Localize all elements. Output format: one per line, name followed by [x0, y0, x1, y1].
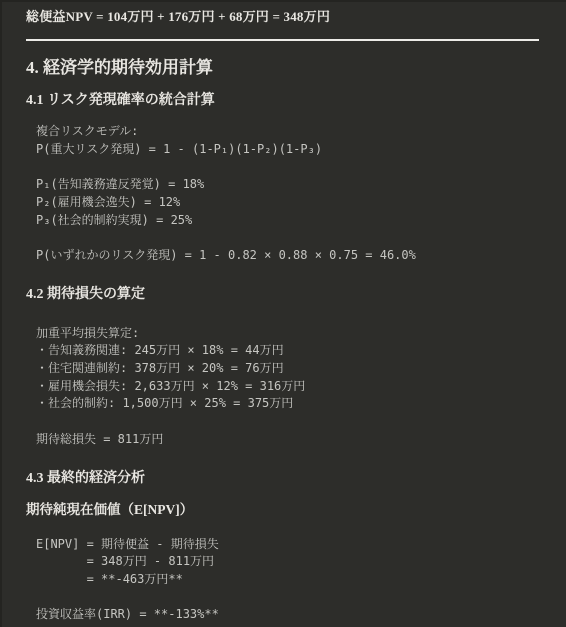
expected-npv-label: 期待純現在価値（E[NPV]）: [26, 501, 539, 519]
document-body: 総便益NPV = 104万円 + 176万円 + 68万円 = 348万円 4.…: [0, 9, 566, 624]
horizontal-rule: [26, 39, 539, 41]
heading-section-4-2: 4.2 期待損失の算定: [26, 286, 539, 304]
heading-section-4-3: 4.3 最終的経済分析: [26, 470, 539, 488]
code-block-expected-loss: 加重平均損失算定: ・告知義務関連: 245万円 × 18% = 44万円 ・住…: [26, 325, 539, 449]
heading-section-4: 4. 経済学的期待効用計算: [26, 57, 539, 79]
heading-section-4-1: 4.1 リスク発現確率の統合計算: [26, 92, 539, 110]
code-block-risk-probability: 複合リスクモデル: P(重大リスク発現) = 1 - (1-P₁)(1-P₂)(…: [26, 123, 539, 265]
markdown-preview-window: { "doc": { "total_benefit_line": "総便益NPV…: [0, 0, 566, 627]
total-benefit-npv-line: 総便益NPV = 104万円 + 176万円 + 68万円 = 348万円: [26, 9, 539, 25]
code-block-final-analysis: E[NPV] = 期待便益 - 期待損失 = 348万円 - 811万円 = *…: [26, 536, 539, 625]
